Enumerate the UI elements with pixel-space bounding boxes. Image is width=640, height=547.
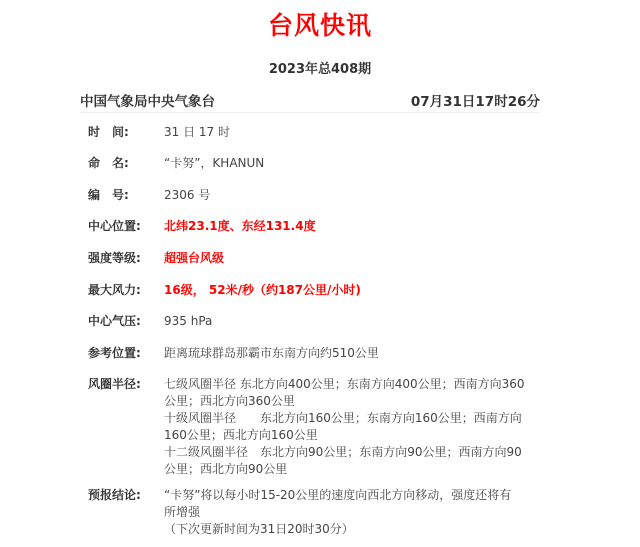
field-value: 31 日 17 时	[164, 124, 544, 141]
field-label: 中心位置:	[88, 218, 164, 235]
bulletin-header: 中国气象局中央气象台 07月31日17时26分	[80, 90, 540, 113]
field-label: 中心气压:	[88, 313, 164, 330]
agency-name: 中国气象局中央气象台	[80, 90, 215, 110]
field-label: 参考位置:	[88, 345, 164, 362]
text-line: 160公里；西北方向160公里	[164, 427, 544, 444]
field-value: 北纬23.1度、东经131.4度	[164, 218, 544, 235]
field-label: 命 名:	[88, 155, 164, 172]
field-label: 风圈半径:	[88, 376, 164, 393]
text-line: （下次更新时间为31日20时30分）	[164, 521, 544, 538]
field-value: 超强台风级	[164, 250, 544, 267]
field-value: 2306 号	[164, 187, 544, 204]
field-label: 时 间:	[88, 124, 164, 141]
text-line: 七级风圈半径 东北方向400公里；东南方向400公里；西南方向360	[164, 376, 544, 393]
text-line: “卡努”将以每小时15-20公里的速度向西北方向移动，强度还将有	[164, 487, 544, 504]
field-label: 强度等级:	[88, 250, 164, 267]
field-value: 七级风圈半径 东北方向400公里；东南方向400公里；西南方向360 公里；西北…	[164, 376, 544, 478]
field-value: 935 hPa	[164, 313, 544, 330]
field-label: 最大风力:	[88, 282, 164, 299]
text-line: 公里；西北方向360公里	[164, 393, 544, 410]
field-label: 编 号:	[88, 187, 164, 204]
field-label: 预报结论:	[88, 487, 164, 504]
field-value: 距离琉球群岛那霸市东南方向约510公里	[164, 345, 544, 362]
page-title: 台风快讯	[0, 6, 640, 42]
text-line: 十二级风圈半径 东北方向90公里；东南方向90公里；西南方向90	[164, 444, 544, 461]
field-value: 16级， 52米/秒（约187公里/小时)	[164, 282, 544, 299]
text-line: 公里；西北方向90公里	[164, 461, 544, 478]
field-value: “卡努”，KHANUN	[164, 155, 544, 172]
issue-number: 2023年总408期	[0, 58, 640, 77]
field-value: “卡努”将以每小时15-20公里的速度向西北方向移动，强度还将有 所增强 （下次…	[164, 487, 544, 538]
issued-time: 07月31日17时26分	[411, 90, 540, 110]
text-line: 所增强	[164, 504, 544, 521]
text-line: 十级风圈半径 东北方向160公里；东南方向160公里；西南方向	[164, 410, 544, 427]
